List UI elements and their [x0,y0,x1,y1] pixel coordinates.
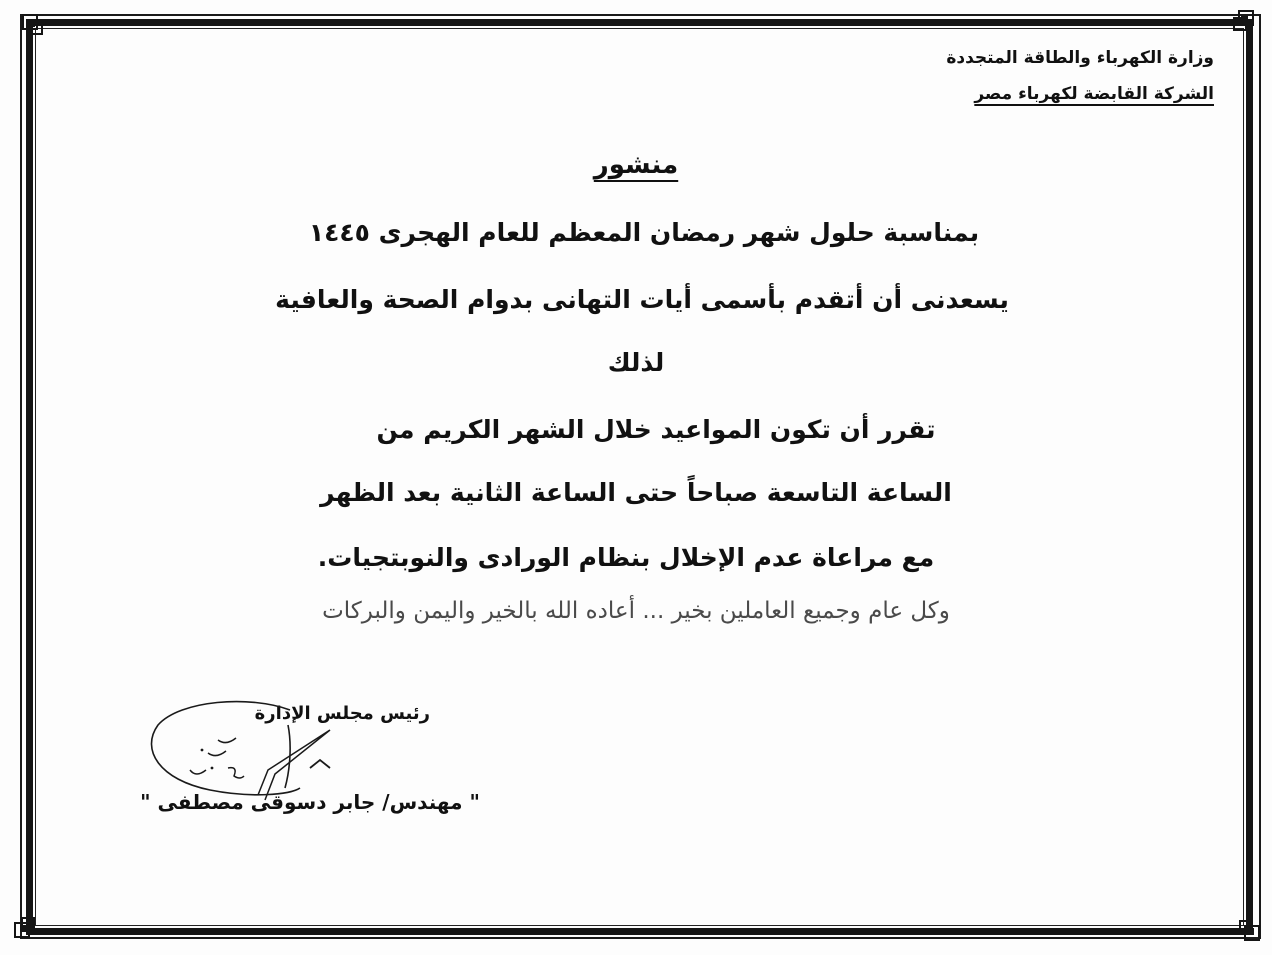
body-line-hours: الساعة التاسعة صباحاً حتى الساعة الثانية… [0,478,1272,507]
body-line-shifts: مع مراعاة عدم الإخلال بنظام الورادى والن… [0,543,1262,572]
body-line-occasion: بمناسبة حلول شهر رمضان المعظم للعام الهج… [8,218,1272,247]
signatory-name: " مهندس/ جابر دسوقى مصطفى " [115,790,505,814]
ministry-name: وزارة الكهرباء والطاقة المتجددة [946,40,1214,76]
corner-ornament-icon [22,14,48,40]
document-title: منشور [0,150,1272,180]
body-line-therefore: لذلك [0,348,1272,377]
body-line-decision: تقرر أن تكون المواعيد خلال الشهر الكريم … [20,415,1272,444]
body-line-greeting: يسعدنى أن أتقدم بأسمى أيات التهانى بدوام… [6,285,1272,314]
company-name: الشركة القابضة لكهرباء مصر [946,76,1214,112]
corner-ornament-icon [1228,10,1254,36]
closing-wishes: وكل عام وجميع العاملين بخير ... أعاده ال… [0,598,1272,624]
letterhead: وزارة الكهرباء والطاقة المتجددة الشركة ا… [946,40,1214,112]
corner-ornament-icon [1234,915,1260,941]
corner-ornament-icon [14,912,40,938]
